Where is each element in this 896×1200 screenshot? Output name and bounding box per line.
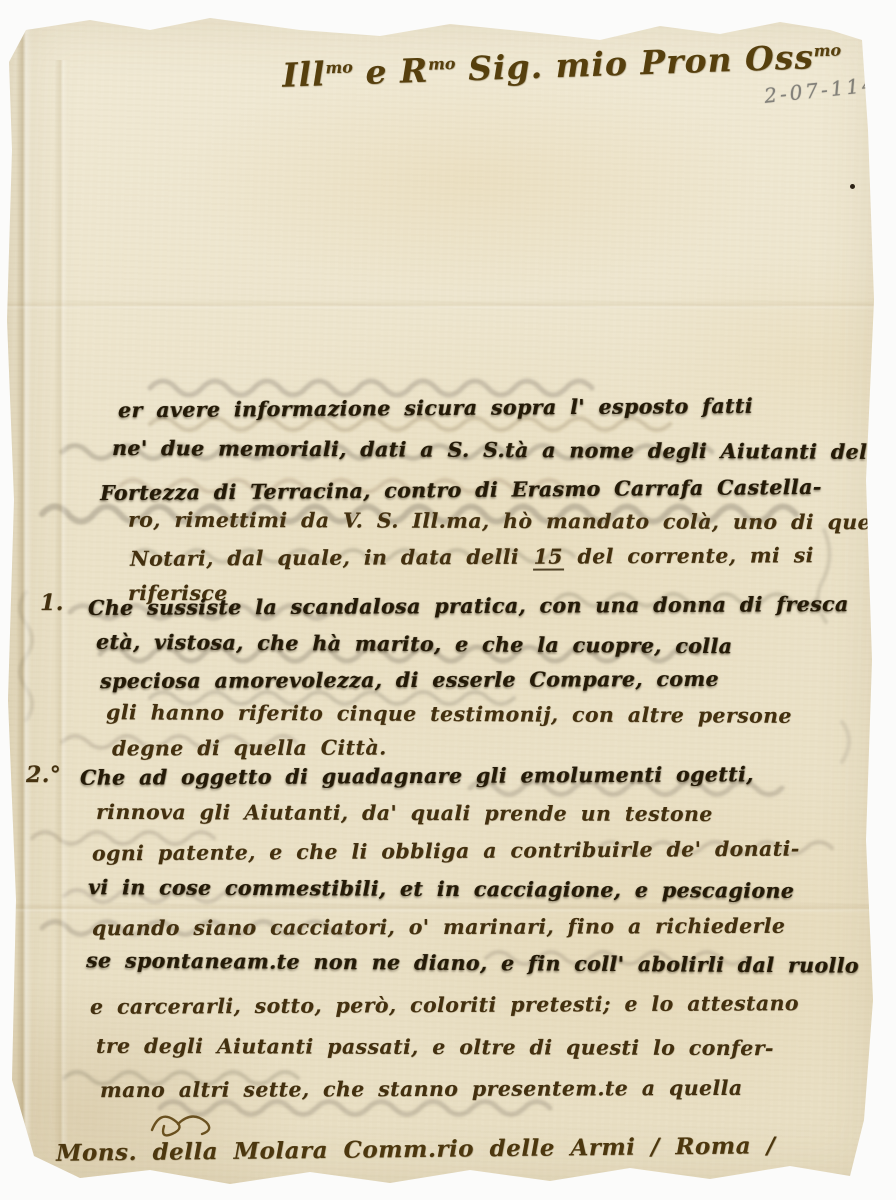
item-2-line-9: mano altri sette, che stanno presentem.t… — [100, 1076, 743, 1102]
opening-line-4: ro, rimettimi da V. S. Ill.ma, hò mandat… — [128, 508, 896, 535]
salutation-superscript: mo — [813, 40, 841, 60]
salutation-text: Sig. mio Pron — [455, 40, 733, 89]
item-1-line-4: gli hanno riferito cinque testimonij, co… — [106, 700, 792, 728]
salutation-text: Oss — [732, 37, 815, 79]
item-2-line-2: rinnova gli Aiutanti, da' quali prende u… — [96, 800, 713, 826]
item-2-line-1: Che ad oggetto di guadagnare gli emolume… — [80, 762, 754, 790]
item-1-line-2: età, vistosa, che hà marito, e che la cu… — [96, 630, 732, 658]
salutation-text: e R — [352, 51, 429, 93]
item-2-line-5: quando siano cacciatori, o' marinari, fi… — [92, 914, 785, 940]
opening-line-2: ne' due memoriali, dati a S. S.tà a nome… — [112, 436, 889, 464]
scanned-manuscript: Illmo e Rmo Sig. mio Pron Ossmo 2-07-114… — [0, 0, 896, 1200]
opening-line-5-text: del corrente, mi si — [564, 543, 814, 568]
opening-line-3: Fortezza di Terracina, contro di Erasmo … — [100, 475, 822, 505]
salutation-line: Illmo e Rmo Sig. mio Pron Ossmo — [281, 36, 841, 94]
underlined-date-number: 15 — [533, 545, 564, 571]
opening-line-5-text: Notari, dal quale, in data delli — [130, 545, 533, 571]
fold-crease-left — [16, 30, 32, 1200]
docket-flourish — [148, 1106, 218, 1140]
salutation-superscript: mo — [325, 57, 353, 77]
item-2-line-7: e carcerarli, sotto, però, coloriti pret… — [90, 991, 799, 1019]
ink-speck — [850, 184, 855, 189]
item-2-line-4: vi in cose commestibili, et in cacciagio… — [88, 875, 794, 903]
item-1-line-3: speciosa amorevolezza, di esserle Compar… — [100, 667, 719, 693]
item-2-number: 2.° — [26, 762, 61, 788]
opening-line-5: Notari, dal quale, in data delli 15 del … — [130, 543, 814, 571]
item-1-number: 1. — [40, 590, 64, 616]
item-2-line-3: ogni patente, e che li obbliga a contrib… — [92, 837, 800, 866]
opening-line-1: er avere informazione sicura sopra l' es… — [118, 394, 753, 422]
salutation-superscript: mo — [428, 54, 456, 74]
item-1-line-5: degne di quella Città. — [112, 736, 387, 761]
manuscript-page: Illmo e Rmo Sig. mio Pron Ossmo 2-07-114… — [0, 0, 896, 1200]
item-1-line-1: Che sussiste la scandalosa pratica, con … — [88, 592, 849, 620]
salutation-text: Ill — [281, 54, 326, 94]
archival-number-pencil: 2-07-114 — [763, 72, 879, 108]
item-2-line-6: se spontaneam.te non ne diano, e fin col… — [86, 948, 859, 977]
item-2-line-8: tre degli Aiutanti passati, e oltre di q… — [96, 1034, 774, 1060]
fold-crease-lower — [0, 903, 896, 913]
